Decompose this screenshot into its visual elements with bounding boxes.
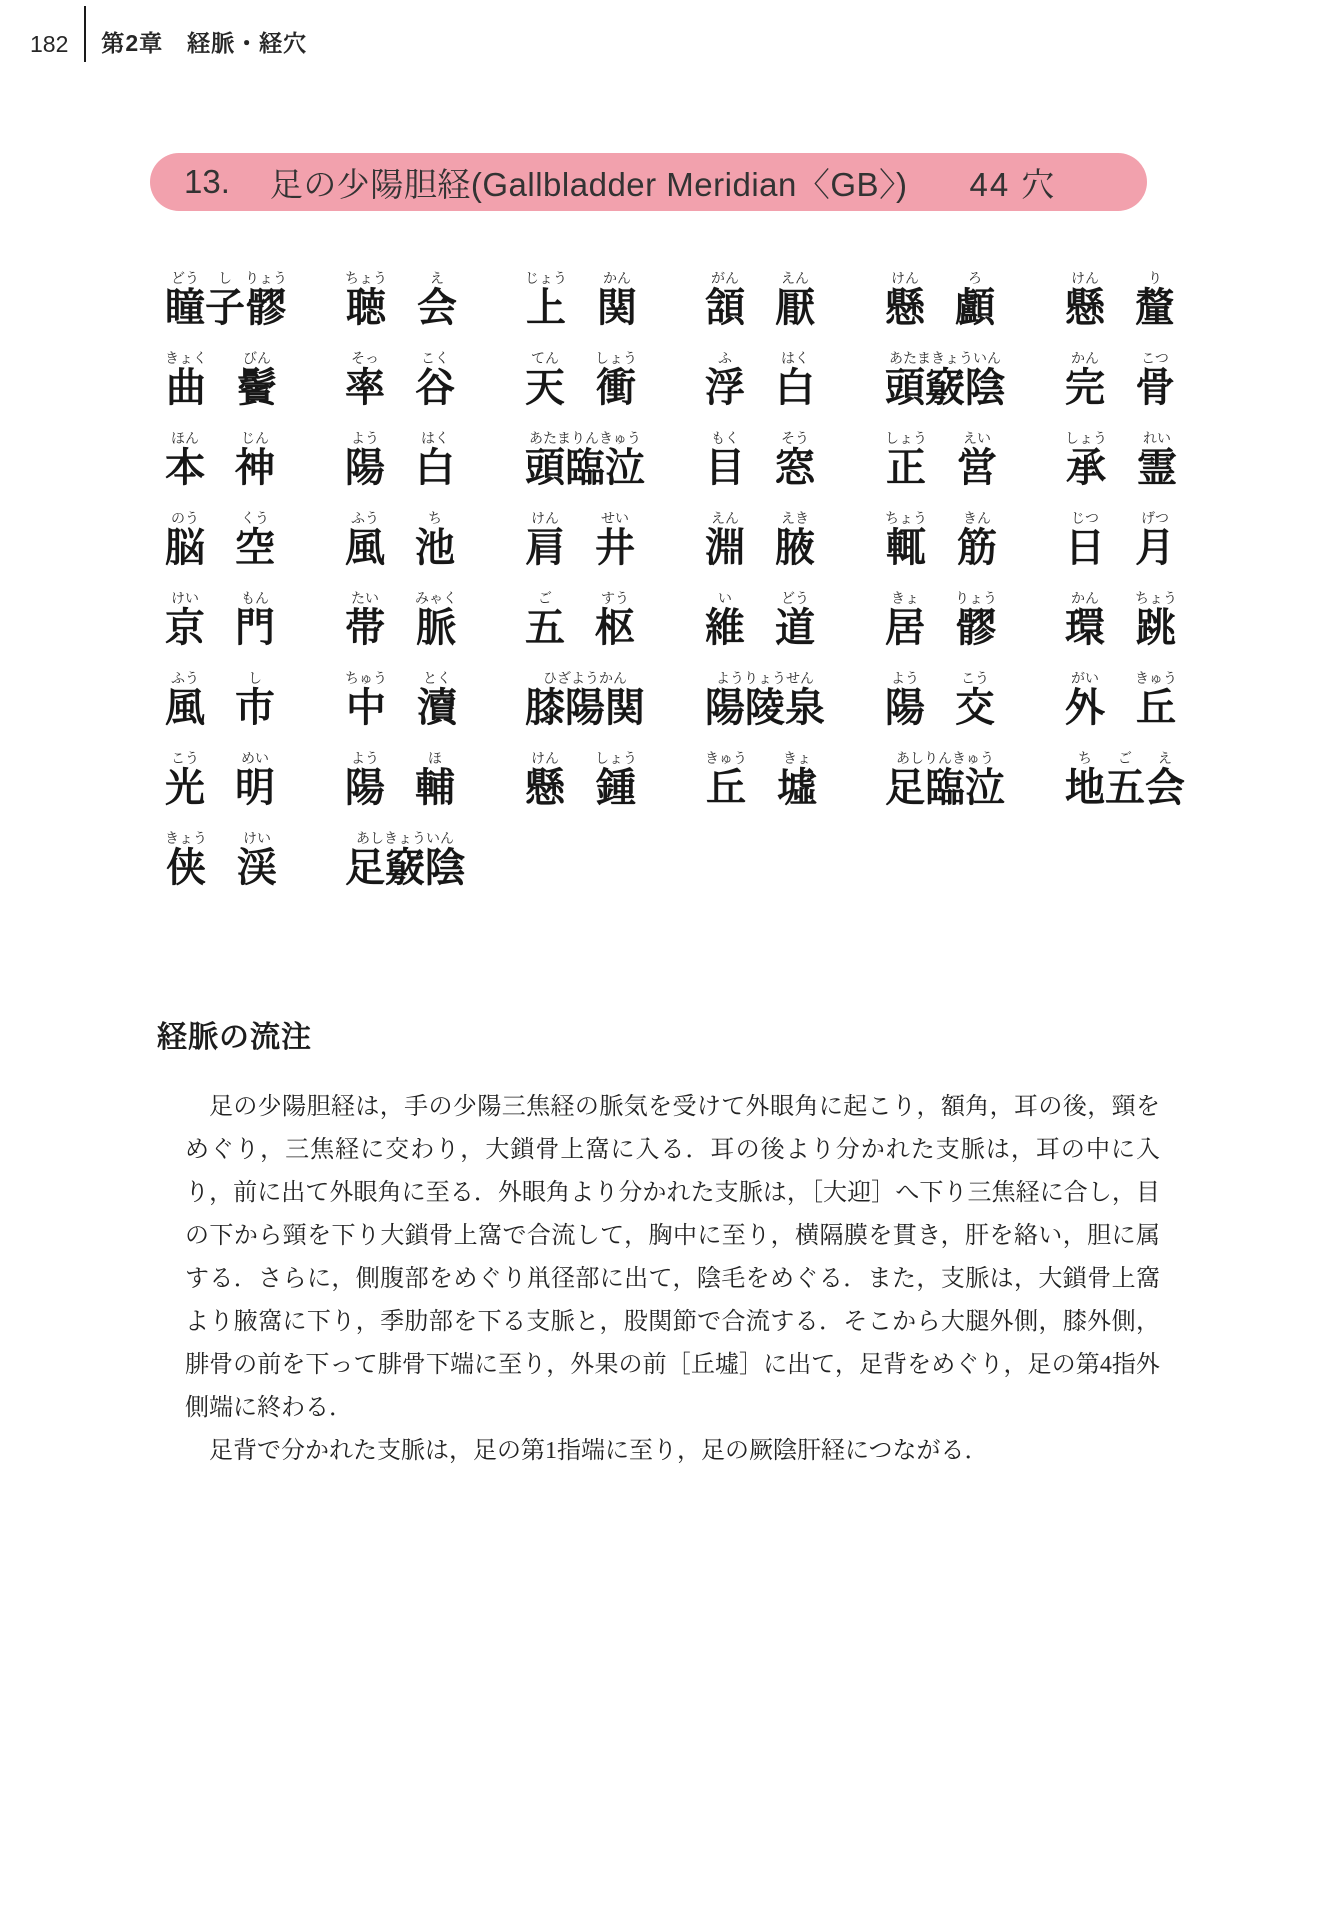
acupoint: 五ご枢すう [525, 592, 705, 648]
acupoint: 率そっ谷こく [345, 352, 525, 408]
acupoint: 外がい丘きゅう [1065, 672, 1245, 728]
running-head: 182 第2章 経脈・経穴 [30, 6, 307, 62]
acupoint: 陽よう白はく [345, 432, 525, 488]
section-title: 足の少陽胆経(Gallbladder Meridian〈GB〉) [270, 159, 908, 206]
page-number: 182 [30, 31, 68, 62]
flow-paragraph-2: 足背で分かれた支脈は，足の第1指端に至り，足の厥陰肝経につながる． [185, 1430, 1160, 1473]
acupoint: 頷がん厭えん [705, 272, 885, 328]
acupoint: 浮ふ白はく [705, 352, 885, 408]
acupoint: 曲きょく鬢びん [165, 352, 345, 408]
header-divider [84, 6, 86, 62]
acupoint: 日じつ月げつ [1065, 512, 1245, 568]
acupoint: 承しょう霊れい [1065, 432, 1245, 488]
acupoint: 輒ちょう筋きん [885, 512, 1065, 568]
acupoint: 京けい門もん [165, 592, 345, 648]
acupoint: 帯たい脈みゃく [345, 592, 525, 648]
acupoint: 中ちゅう瀆とく [345, 672, 525, 728]
acupoint: 環かん跳ちょう [1065, 592, 1245, 648]
acupoint: 足臨泣あしりんきゅう [885, 752, 1065, 808]
acupoint: 侠きょう渓けい [165, 832, 345, 888]
acupoint: 本ほん神じん [165, 432, 345, 488]
points-row: 曲きょく鬢びん率そっ谷こく天てん衝しょう浮ふ白はく頭竅陰あたまきょういん完かん骨… [165, 352, 1250, 408]
points-row: 侠きょう渓けい足竅陰あしきょういん [165, 832, 1250, 888]
points-row: 光こう明めい陽よう輔ほ懸けん鍾しょう丘きゅう墟きょ足臨泣あしりんきゅう地ち五ご会… [165, 752, 1250, 808]
acupoint: 膝陽関ひざようかん [525, 672, 705, 728]
book-page: { "running_head": { "page_number": "182"… [0, 0, 1331, 1920]
acupoint: 地ち五ご会え [1065, 752, 1245, 808]
acupoint: 風ふう池ち [345, 512, 525, 568]
acupoint: 天てん衝しょう [525, 352, 705, 408]
section-banner: 13. 足の少陽胆経(Gallbladder Meridian〈GB〉) 44 … [150, 153, 1147, 211]
acupoint: 淵えん腋えき [705, 512, 885, 568]
acupoint: 脳のう空くう [165, 512, 345, 568]
acupoint: 陽よう交こう [885, 672, 1065, 728]
acupoint: 居きょ髎りょう [885, 592, 1065, 648]
flow-paragraph-1: 足の少陽胆経は，手の少陽三焦経の脈気を受けて外眼角に起こり，額角，耳の後，頸をめ… [185, 1086, 1160, 1430]
flow-heading: 経脈の流注 [157, 1012, 312, 1056]
flow-body: 足の少陽胆経は，手の少陽三焦経の脈気を受けて外眼角に起こり，額角，耳の後，頸をめ… [185, 1086, 1160, 1473]
acupoint: 上じょう関かん [525, 272, 705, 328]
acupoint: 頭竅陰あたまきょういん [885, 352, 1065, 408]
acupoint: 光こう明めい [165, 752, 345, 808]
points-row: 本ほん神じん陽よう白はく頭臨泣あたまりんきゅう目もく窓そう正しょう営えい承しょう… [165, 432, 1250, 488]
acupoint: 頭臨泣あたまりんきゅう [525, 432, 705, 488]
acupoint: 正しょう営えい [885, 432, 1065, 488]
acupoint: 足竅陰あしきょういん [345, 832, 525, 888]
acupoint: 懸けん鍾しょう [525, 752, 705, 808]
acupoint: 陽陵泉ようりょうせん [705, 672, 885, 728]
points-row: 風ふう市し中ちゅう瀆とく膝陽関ひざようかん陽陵泉ようりょうせん陽よう交こう外がい… [165, 672, 1250, 728]
acupoint: 目もく窓そう [705, 432, 885, 488]
points-row: 京けい門もん帯たい脈みゃく五ご枢すう維い道どう居きょ髎りょう環かん跳ちょう [165, 592, 1250, 648]
points-row: 脳のう空くう風ふう池ち肩けん井せい淵えん腋えき輒ちょう筋きん日じつ月げつ [165, 512, 1250, 568]
acupoint: 聴ちょう会え [345, 272, 525, 328]
acupoint: 懸けん顱ろ [885, 272, 1065, 328]
chapter-title: 第2章 経脈・経穴 [101, 25, 307, 62]
acupoint: 完かん骨こつ [1065, 352, 1245, 408]
acupoint: 風ふう市し [165, 672, 345, 728]
points-table: 瞳どう子し髎りょう聴ちょう会え上じょう関かん頷がん厭えん懸けん顱ろ懸けん釐り曲き… [165, 272, 1250, 912]
section-number: 13. [184, 163, 230, 201]
acupoint: 肩けん井せい [525, 512, 705, 568]
acupoint: 維い道どう [705, 592, 885, 648]
acupoint: 丘きゅう墟きょ [705, 752, 885, 808]
points-row: 瞳どう子し髎りょう聴ちょう会え上じょう関かん頷がん厭えん懸けん顱ろ懸けん釐り [165, 272, 1250, 328]
acupoint: 瞳どう子し髎りょう [165, 272, 345, 328]
acupoint: 陽よう輔ほ [345, 752, 525, 808]
acupoint: 懸けん釐り [1065, 272, 1245, 328]
point-count: 44 穴 [970, 159, 1057, 206]
